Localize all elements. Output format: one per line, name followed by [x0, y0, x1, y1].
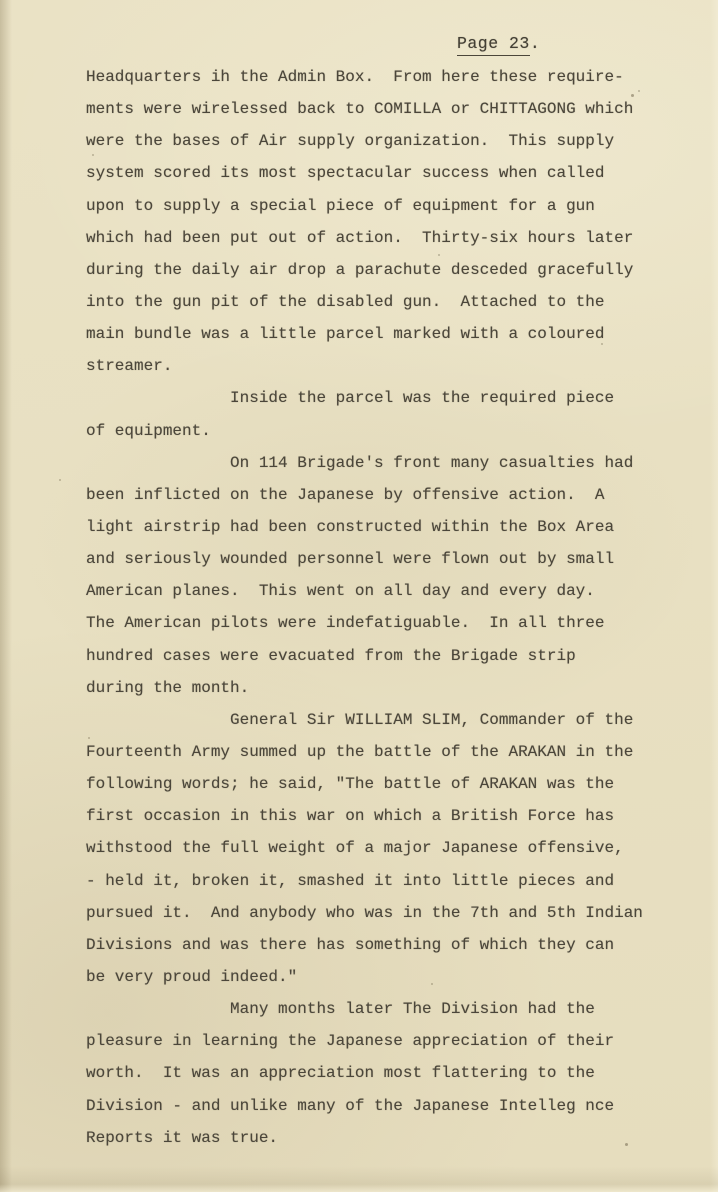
text-line: pursued it. And anybody who was in the 7…	[86, 897, 643, 929]
page-number-label: Page 23	[457, 34, 530, 56]
text-line: worth. It was an appreciation most flatt…	[86, 1057, 643, 1089]
text-line: which had been put out of action. Thirty…	[86, 222, 643, 254]
text-line: Many months later The Division had the	[86, 993, 643, 1025]
paper-bottom-edge	[0, 1166, 718, 1192]
text-line: been inflicted on the Japanese by offens…	[86, 479, 643, 511]
text-line: withstood the full weight of a major Jap…	[86, 832, 643, 864]
text-line: streamer.	[86, 350, 643, 382]
text-line: during the month.	[86, 672, 643, 704]
text-line: main bundle was a little parcel marked w…	[86, 318, 643, 350]
text-line: during the daily air drop a parachute de…	[86, 254, 643, 286]
text-line: into the gun pit of the disabled gun. At…	[86, 286, 643, 318]
text-line: General Sir WILLIAM SLIM, Commander of t…	[86, 704, 643, 736]
text-line: upon to supply a special piece of equipm…	[86, 190, 643, 222]
paper-left-edge-shadow	[0, 0, 12, 1192]
text-line: pleasure in learning the Japanese apprec…	[86, 1025, 643, 1057]
text-line: light airstrip had been constructed with…	[86, 511, 643, 543]
text-line: The American pilots were indefatiguable.…	[86, 607, 643, 639]
typewritten-text-block: Headquarters ih the Admin Box. From here…	[86, 61, 643, 1154]
page-number-heading: Page 23.	[457, 34, 540, 53]
text-line: Inside the parcel was the required piece	[86, 382, 643, 414]
text-line: hundred cases were evacuated from the Br…	[86, 640, 643, 672]
text-line: - held it, broken it, smashed it into li…	[86, 865, 643, 897]
text-line: Headquarters ih the Admin Box. From here…	[86, 61, 643, 93]
scanned-document-page: Page 23. Headquarters ih the Admin Box. …	[0, 0, 718, 1192]
text-line: ments were wirelessed back to COMILLA or…	[86, 93, 643, 125]
text-line: be very proud indeed."	[86, 961, 643, 993]
text-line: Reports it was true.	[86, 1122, 643, 1154]
text-line: were the bases of Air supply organizatio…	[86, 125, 643, 157]
text-line: following words; he said, "The battle of…	[86, 768, 643, 800]
text-line: American planes. This went on all day an…	[86, 575, 643, 607]
text-line: first occasion in this war on which a Br…	[86, 800, 643, 832]
text-line: of equipment.	[86, 415, 643, 447]
paper-speck	[59, 479, 61, 481]
text-line: system scored its most spectacular succe…	[86, 157, 643, 189]
text-line: Division - and unlike many of the Japane…	[86, 1090, 643, 1122]
text-line: On 114 Brigade's front many casualties h…	[86, 447, 643, 479]
page-number-period: .	[530, 34, 540, 53]
paper-right-edge-highlight	[710, 0, 718, 1192]
text-line: Fourteenth Army summed up the battle of …	[86, 736, 643, 768]
text-line: and seriously wounded personnel were flo…	[86, 543, 643, 575]
text-line: Divisions and was there has something of…	[86, 929, 643, 961]
